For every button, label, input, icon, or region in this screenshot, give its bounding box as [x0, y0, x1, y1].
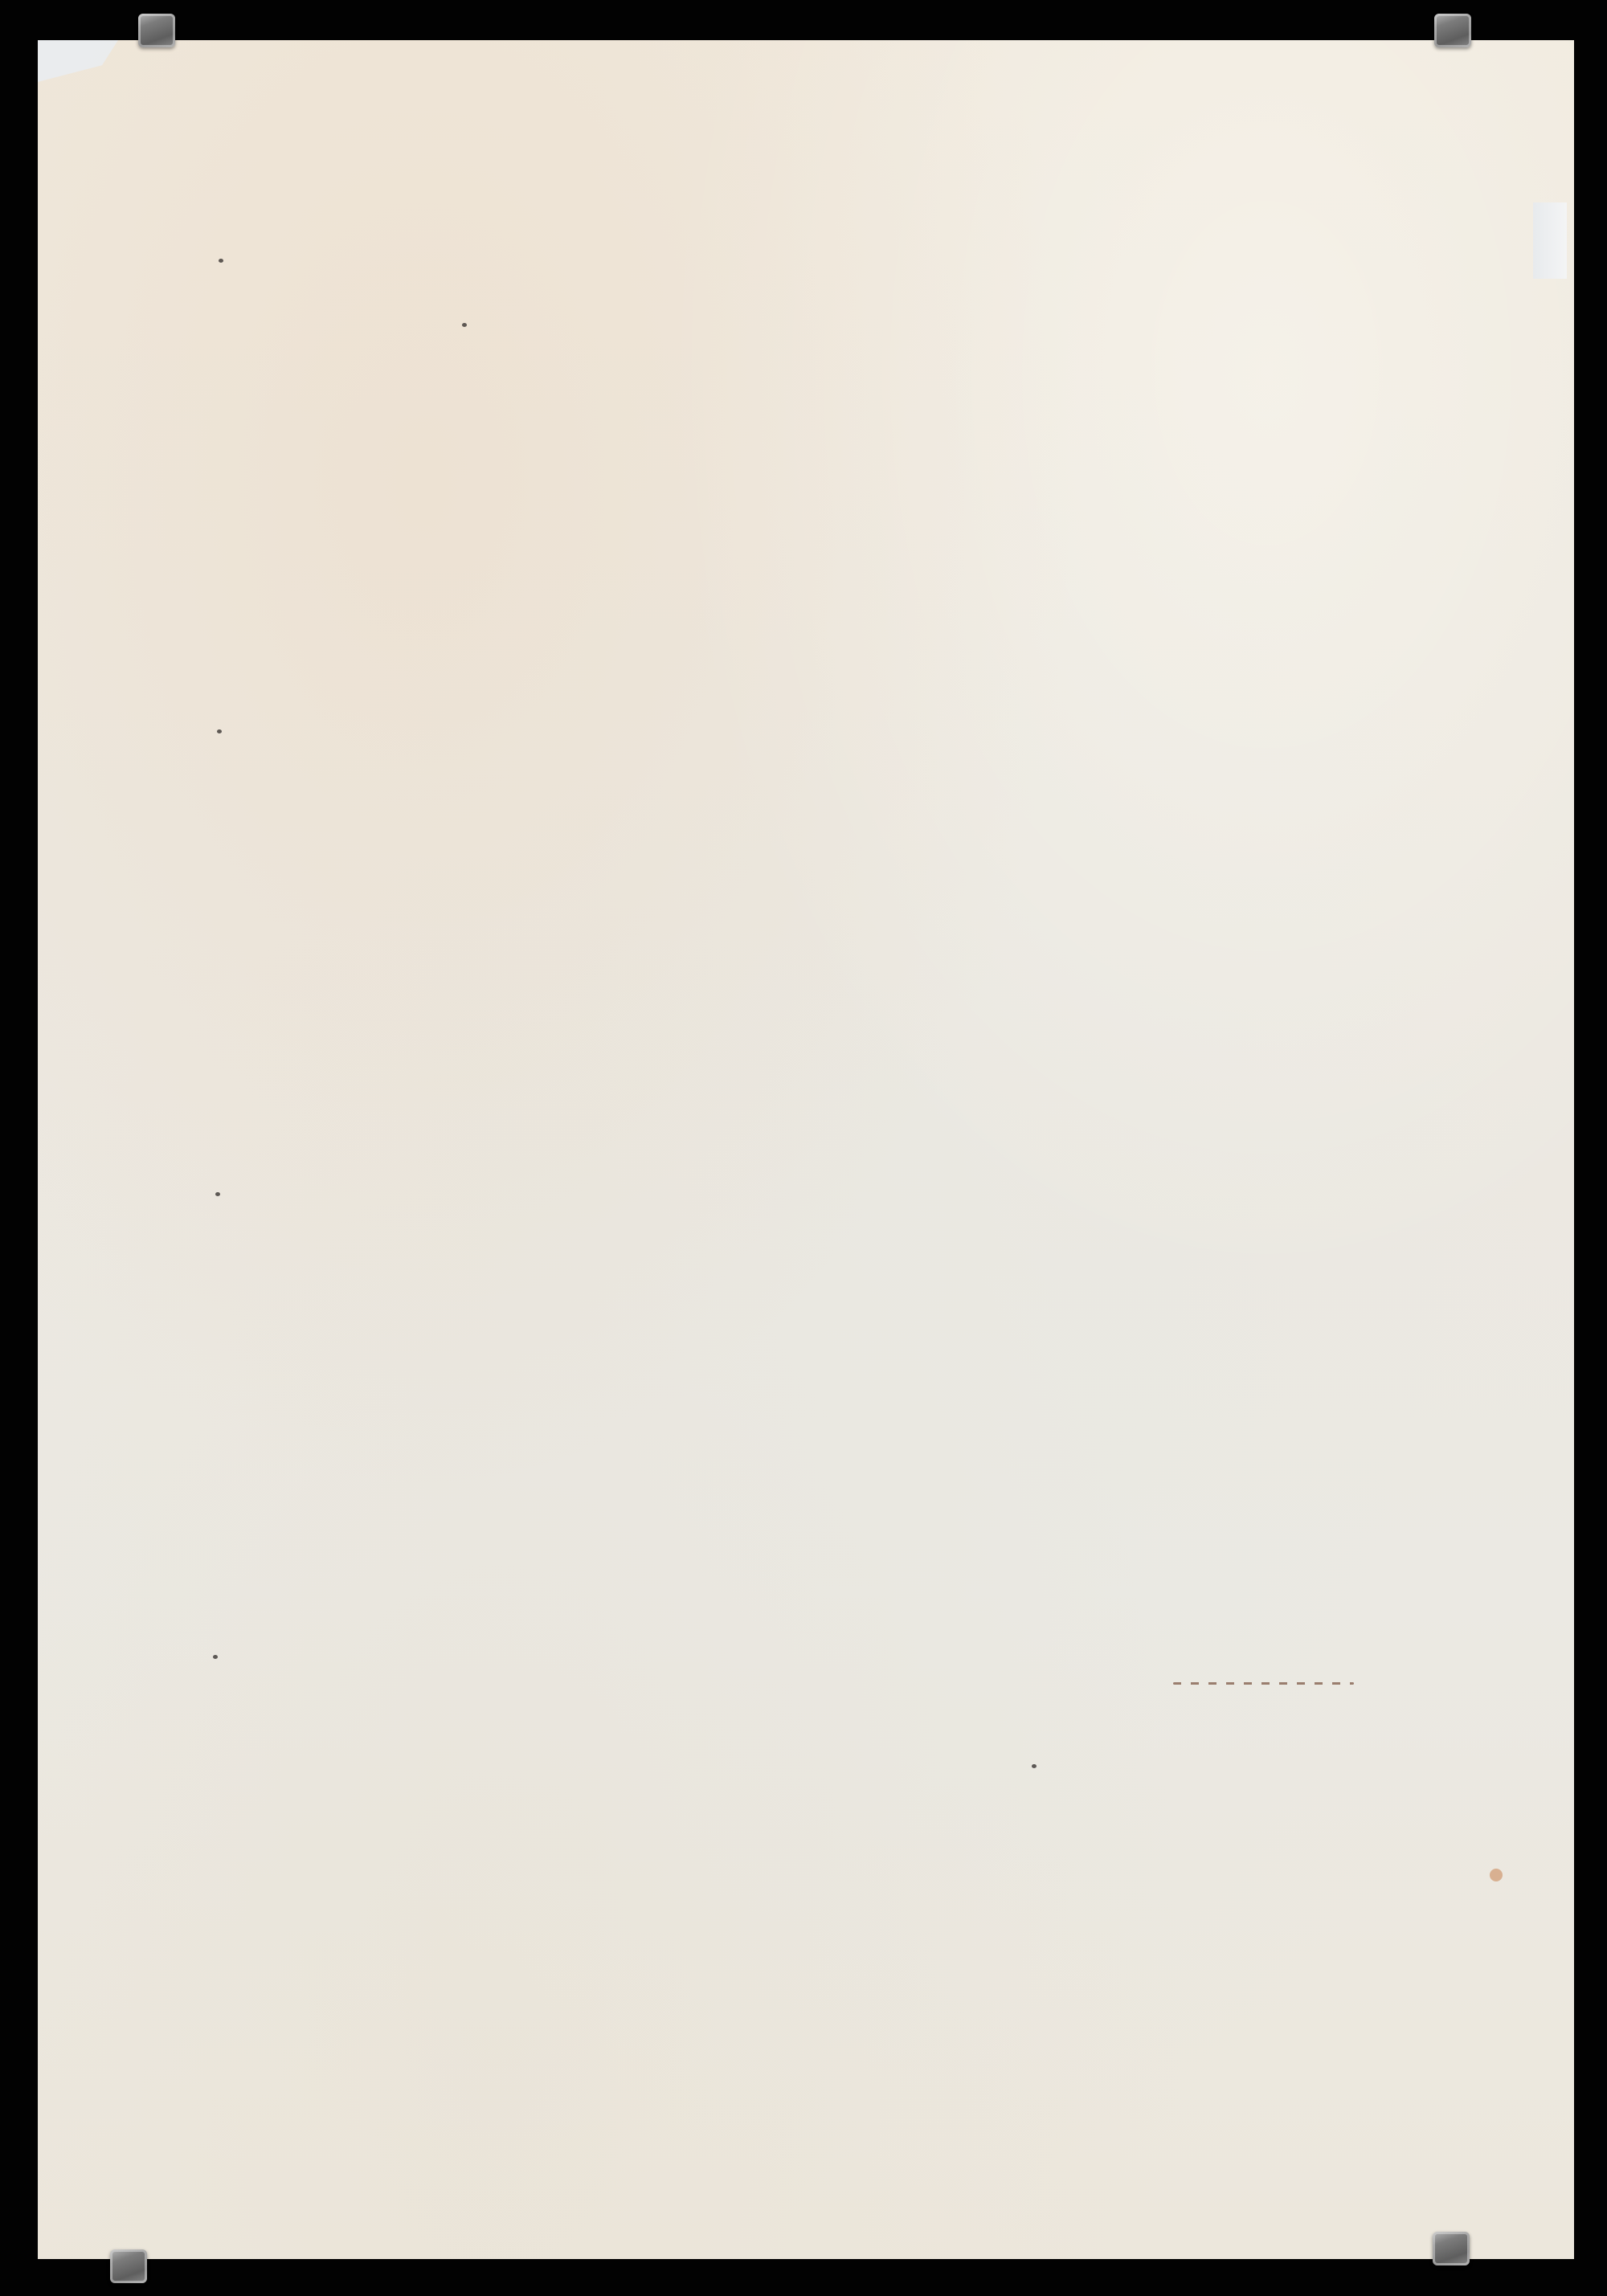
- paper-speck: [1032, 1764, 1037, 1768]
- paper-speck: [462, 323, 467, 327]
- magnet-bottom-left: [110, 2249, 147, 2283]
- paper-stain: [1490, 1869, 1503, 1881]
- magnet-top-left: [138, 14, 175, 47]
- paper-speck: [217, 729, 222, 733]
- magnet-bottom-right: [1433, 2232, 1470, 2265]
- paper-speck: [213, 1655, 218, 1659]
- magnet-top-right: [1434, 14, 1471, 47]
- paper-speck: [215, 1192, 220, 1196]
- paper-scratch: [1173, 1682, 1354, 1685]
- paper-speck: [219, 259, 223, 263]
- paper-sheet: [38, 40, 1574, 2259]
- tape-strip: [1533, 202, 1567, 279]
